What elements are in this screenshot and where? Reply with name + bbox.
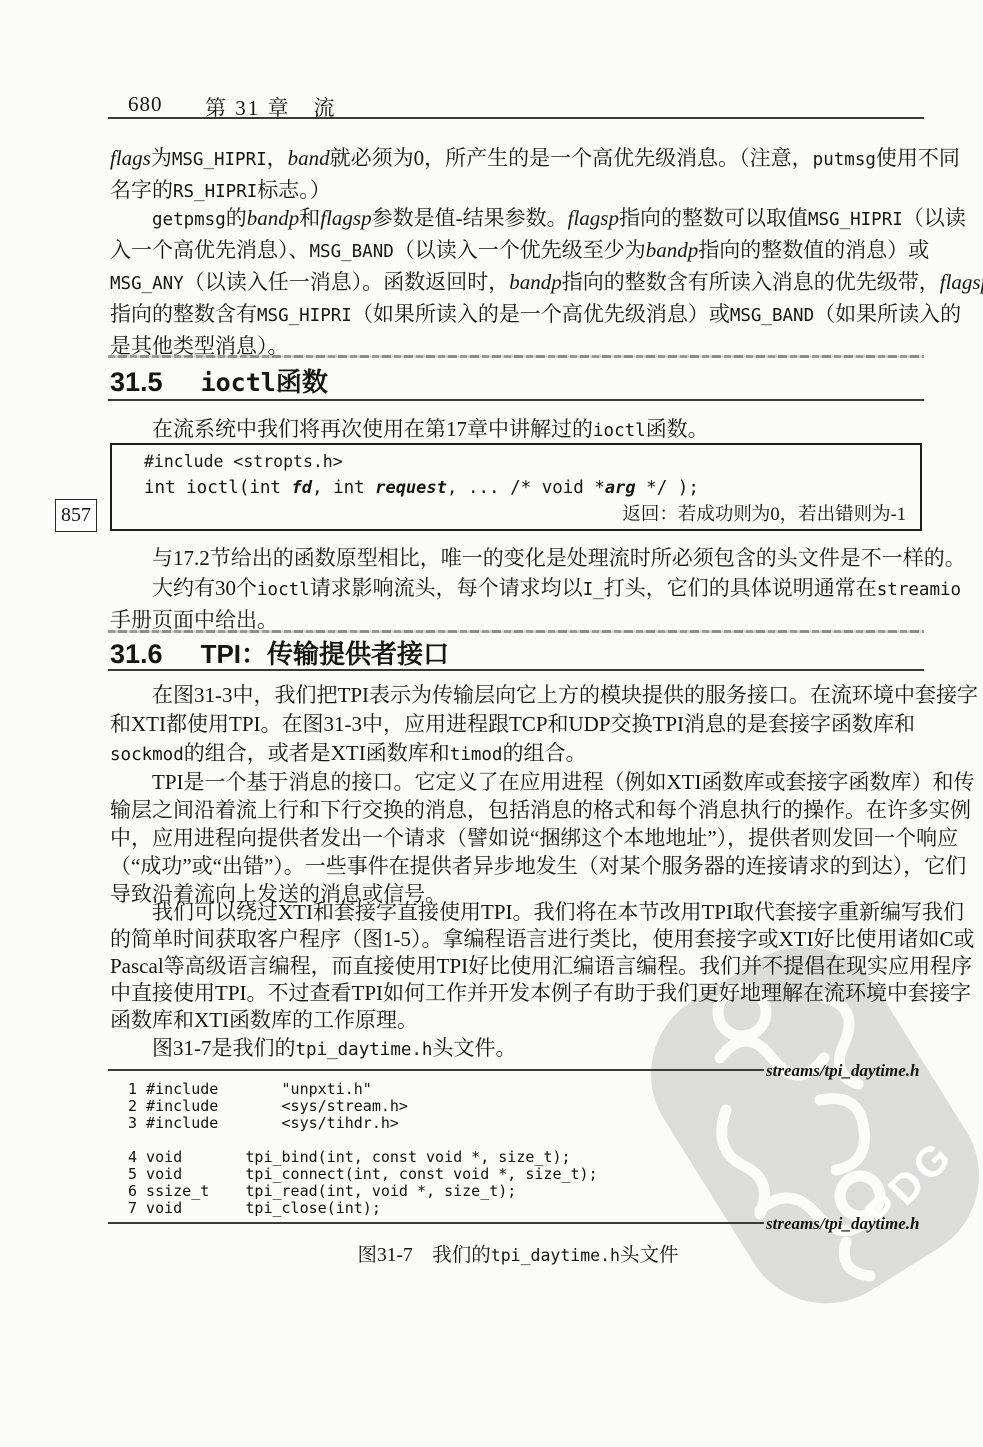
section-31-6-top-rule bbox=[108, 630, 924, 633]
section-31-5-top-rule bbox=[108, 355, 924, 358]
section-31-6-title-text: 传输提供者接口 bbox=[267, 634, 449, 671]
function-prototype-box: #include <stropts.h> int ioctl(int fd, i… bbox=[110, 443, 922, 531]
section-31-6-title-latin: TPI： bbox=[201, 634, 267, 671]
return-value-note: 返回：若成功则为0，若出错则为-1 bbox=[622, 500, 906, 526]
section-31-5-title-code: ioctl bbox=[201, 368, 276, 397]
paragraph-ioctl-intro: 在流系统中我们将再次使用在第17章中讲解过的ioctl函数。 bbox=[110, 414, 926, 446]
scanned-book-page: { "header": { "page_number": "680", "cha… bbox=[0, 0, 983, 1447]
listing-bottom-rule bbox=[108, 1222, 764, 1224]
page-number: 680 bbox=[128, 92, 163, 117]
figure-caption: 图31-7 我们的tpi_daytime.h头文件 bbox=[110, 1241, 926, 1271]
paragraph-tpi-bypass: 我们可以绕过XTI和套接字直接使用TPI。我们将在本节改用TPI取代套接字重新编… bbox=[110, 899, 926, 1034]
paragraph-figure31-7-lead: 图31-7是我们的tpi_daytime.h头文件。 bbox=[110, 1034, 926, 1064]
code-listing-tpi-daytime-h: 1 #include "unpxti.h" 2 #include <sys/st… bbox=[128, 1081, 598, 1217]
section-heading-31-5: 31.5 ioctl 函数 bbox=[110, 362, 328, 399]
section-31-5-title-text: 函数 bbox=[276, 362, 328, 399]
paragraph-flags: flags为MSG_HIPRI，band就必须为0，所产生的是一个高优先级消息。… bbox=[110, 143, 926, 207]
section-31-6-under-rule bbox=[108, 669, 924, 671]
margin-page-marker: 857 bbox=[55, 499, 97, 532]
section-31-6-number: 31.6 bbox=[110, 639, 163, 670]
paragraph-getpmsg: getpmsg的bandp和flagsp参数是值-结果参数。flagsp指向的整… bbox=[110, 203, 926, 361]
paragraph-17-2-compare: 与17.2节给出的函数原型相比，唯一的变化是处理流时所必须包含的头文件是不一样的… bbox=[110, 543, 926, 573]
listing-top-rule bbox=[108, 1069, 764, 1071]
header-rule bbox=[108, 117, 924, 119]
ioctl-signature-line: int ioctl(int fd, int request, ... /* vo… bbox=[144, 478, 699, 498]
listing-source-label-bottom: streams/tpi_daytime.h bbox=[766, 1214, 912, 1234]
section-31-5-number: 31.5 bbox=[110, 367, 163, 398]
paragraph-ioctl-requests: 大约有30个ioctl请求影响流头，每个请求均以I_打头，它们的具体说明通常在s… bbox=[110, 573, 926, 635]
paragraph-tpi-figure31-3: 在图31-3中，我们把TPI表示为传输层向它上方的模块提供的服务接口。在流环境中… bbox=[110, 681, 926, 770]
section-31-5-under-rule bbox=[108, 399, 924, 401]
include-stropts-line: #include <stropts.h> bbox=[144, 452, 343, 471]
section-heading-31-6: 31.6 TPI： 传输提供者接口 bbox=[110, 634, 449, 671]
paragraph-tpi-message-interface: TPI是一个基于消息的接口。它定义了在应用进程（例如XTI函数库或套接字函数库）… bbox=[110, 768, 926, 908]
listing-source-label-top: streams/tpi_daytime.h bbox=[766, 1061, 912, 1081]
